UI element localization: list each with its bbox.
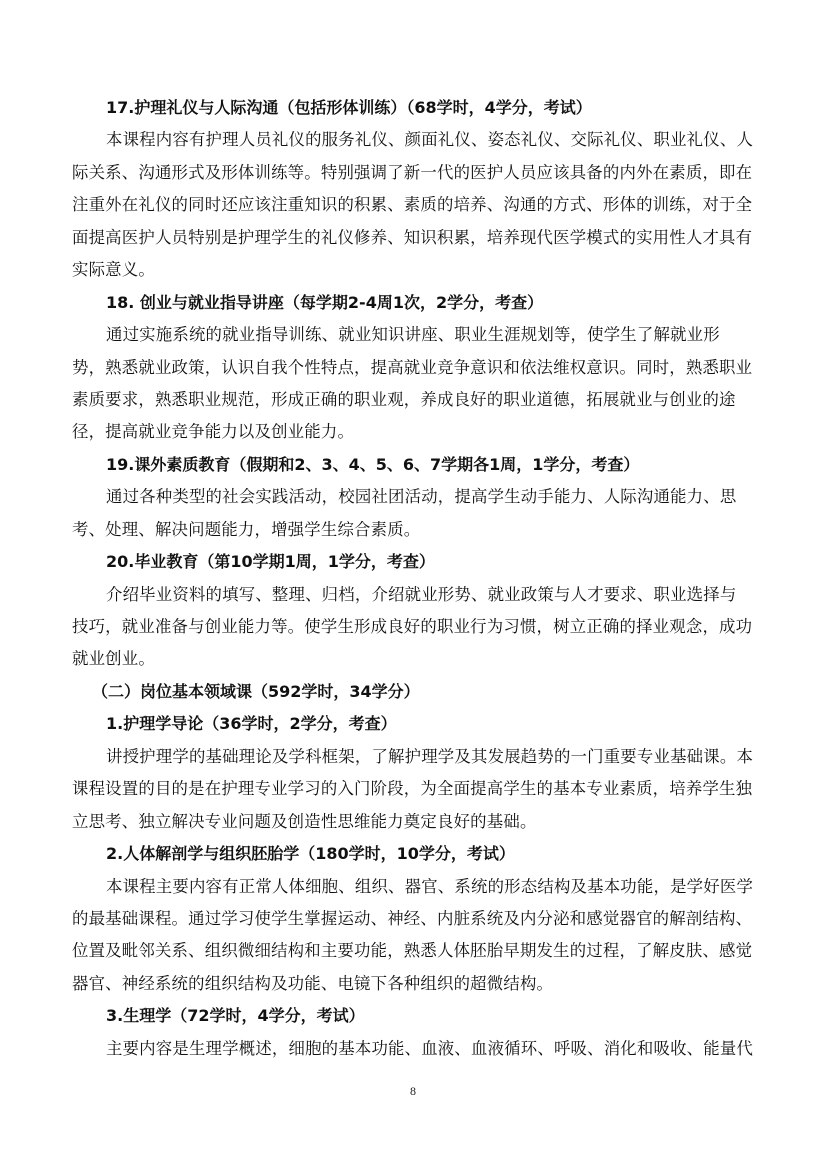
paragraph-line: 注重外在礼仪的同时还应该注重知识的积累、素质的培养、沟通的方式、形体的训练，对于… bbox=[72, 189, 756, 221]
section-heading-18: 18. 创业与就业指导讲座（每学期2-4周1次，2学分，考查） bbox=[72, 287, 756, 319]
paragraph-line: 本课程主要内容有正常人体细胞、组织、器官、系统的形态结构及基本功能，是学好医学 bbox=[72, 871, 756, 903]
section-heading-20: 20.毕业教育（第10学期1周，1学分，考查） bbox=[72, 546, 756, 578]
paragraph-line: 通过各种类型的社会实践活动，校园社团活动，提高学生动手能力、人际沟通能力、思 bbox=[72, 481, 756, 513]
paragraph-line: 就业创业。 bbox=[72, 643, 756, 675]
paragraph-line: 的最基础课程。通过学习使学生掌握运动、神经、内脏系统及内分泌和感觉器官的解剖结构… bbox=[72, 903, 756, 935]
course-heading-2: 2.人体解剖学与组织胚胎学（180学时，10学分，考试） bbox=[72, 838, 756, 870]
paragraph-line: 主要内容是生理学概述，细胞的基本功能、血液、血液循环、呼吸、消化和吸收、能量代 bbox=[72, 1033, 756, 1065]
paragraph-line: 介绍毕业资料的填写、整理、归档，介绍就业形势、就业政策与人才要求、职业选择与 bbox=[72, 579, 756, 611]
paragraph-line: 技巧，就业准备与创业能力等。使学生形成良好的职业行为习惯，树立正确的择业观念，成… bbox=[72, 611, 756, 643]
paragraph-line: 通过实施系统的就业指导训练、就业知识讲座、职业生涯规划等，使学生了解就业形 bbox=[72, 319, 756, 351]
course-heading-1: 1.护理学导论（36学时，2学分，考查） bbox=[72, 708, 756, 740]
paragraph-line: 素质要求，熟悉职业规范，形成正确的职业观，养成良好的职业道德，拓展就业与创业的途 bbox=[72, 384, 756, 416]
course-heading-3: 3.生理学（72学时，4学分，考试） bbox=[72, 1000, 756, 1032]
paragraph-line: 势，熟悉就业政策，认识自我个性特点，提高就业竞争意识和依法维权意识。同时，熟悉职… bbox=[72, 352, 756, 384]
paragraph-line: 位置及毗邻关系、组织微细结构和主要功能，熟悉人体胚胎早期发生的过程，了解皮肤、感… bbox=[72, 935, 756, 967]
paragraph-line: 径，提高就业竞争能力以及创业能力。 bbox=[72, 416, 756, 448]
paragraph-line: 器官、神经系统的组织结构及功能、电镜下各种组织的超微结构。 bbox=[72, 968, 756, 1000]
page-content: 17.护理礼仪与人际沟通（包括形体训练）（68学时，4学分，考试） 本课程内容有… bbox=[72, 92, 756, 1065]
page-number: 8 bbox=[0, 1084, 826, 1099]
paragraph-line: 实际意义。 bbox=[72, 254, 756, 286]
paragraph-line: 考、处理、解决问题能力，增强学生综合素质。 bbox=[72, 514, 756, 546]
paragraph-line: 面提高医护人员特别是护理学生的礼仪修养、知识积累，培养现代医学模式的实用性人才具… bbox=[72, 222, 756, 254]
document-page: 17.护理礼仪与人际沟通（包括形体训练）（68学时，4学分，考试） 本课程内容有… bbox=[0, 0, 826, 1169]
paragraph-line: 本课程内容有护理人员礼仪的服务礼仪、颜面礼仪、姿态礼仪、交际礼仪、职业礼仪、人 bbox=[72, 124, 756, 156]
paragraph-line: 讲授护理学的基础理论及学科框架，了解护理学及其发展趋势的一门重要专业基础课。本 bbox=[72, 741, 756, 773]
paragraph-line: 际关系、沟通形式及形体训练等。特别强调了新一代的医护人员应该具备的内外在素质，即… bbox=[72, 157, 756, 189]
paragraph-line: 课程设置的目的是在护理专业学习的入门阶段，为全面提高学生的基本专业素质，培养学生… bbox=[72, 773, 756, 805]
part-heading: （二）岗位基本领域课（592学时，34学分） bbox=[72, 676, 756, 708]
paragraph-line: 立思考、独立解决专业问题及创造性思维能力奠定良好的基础。 bbox=[72, 806, 756, 838]
section-heading-19: 19.课外素质教育（假期和2、3、4、5、6、7学期各1周，1学分，考查） bbox=[72, 449, 756, 481]
section-heading-17: 17.护理礼仪与人际沟通（包括形体训练）（68学时，4学分，考试） bbox=[72, 92, 756, 124]
